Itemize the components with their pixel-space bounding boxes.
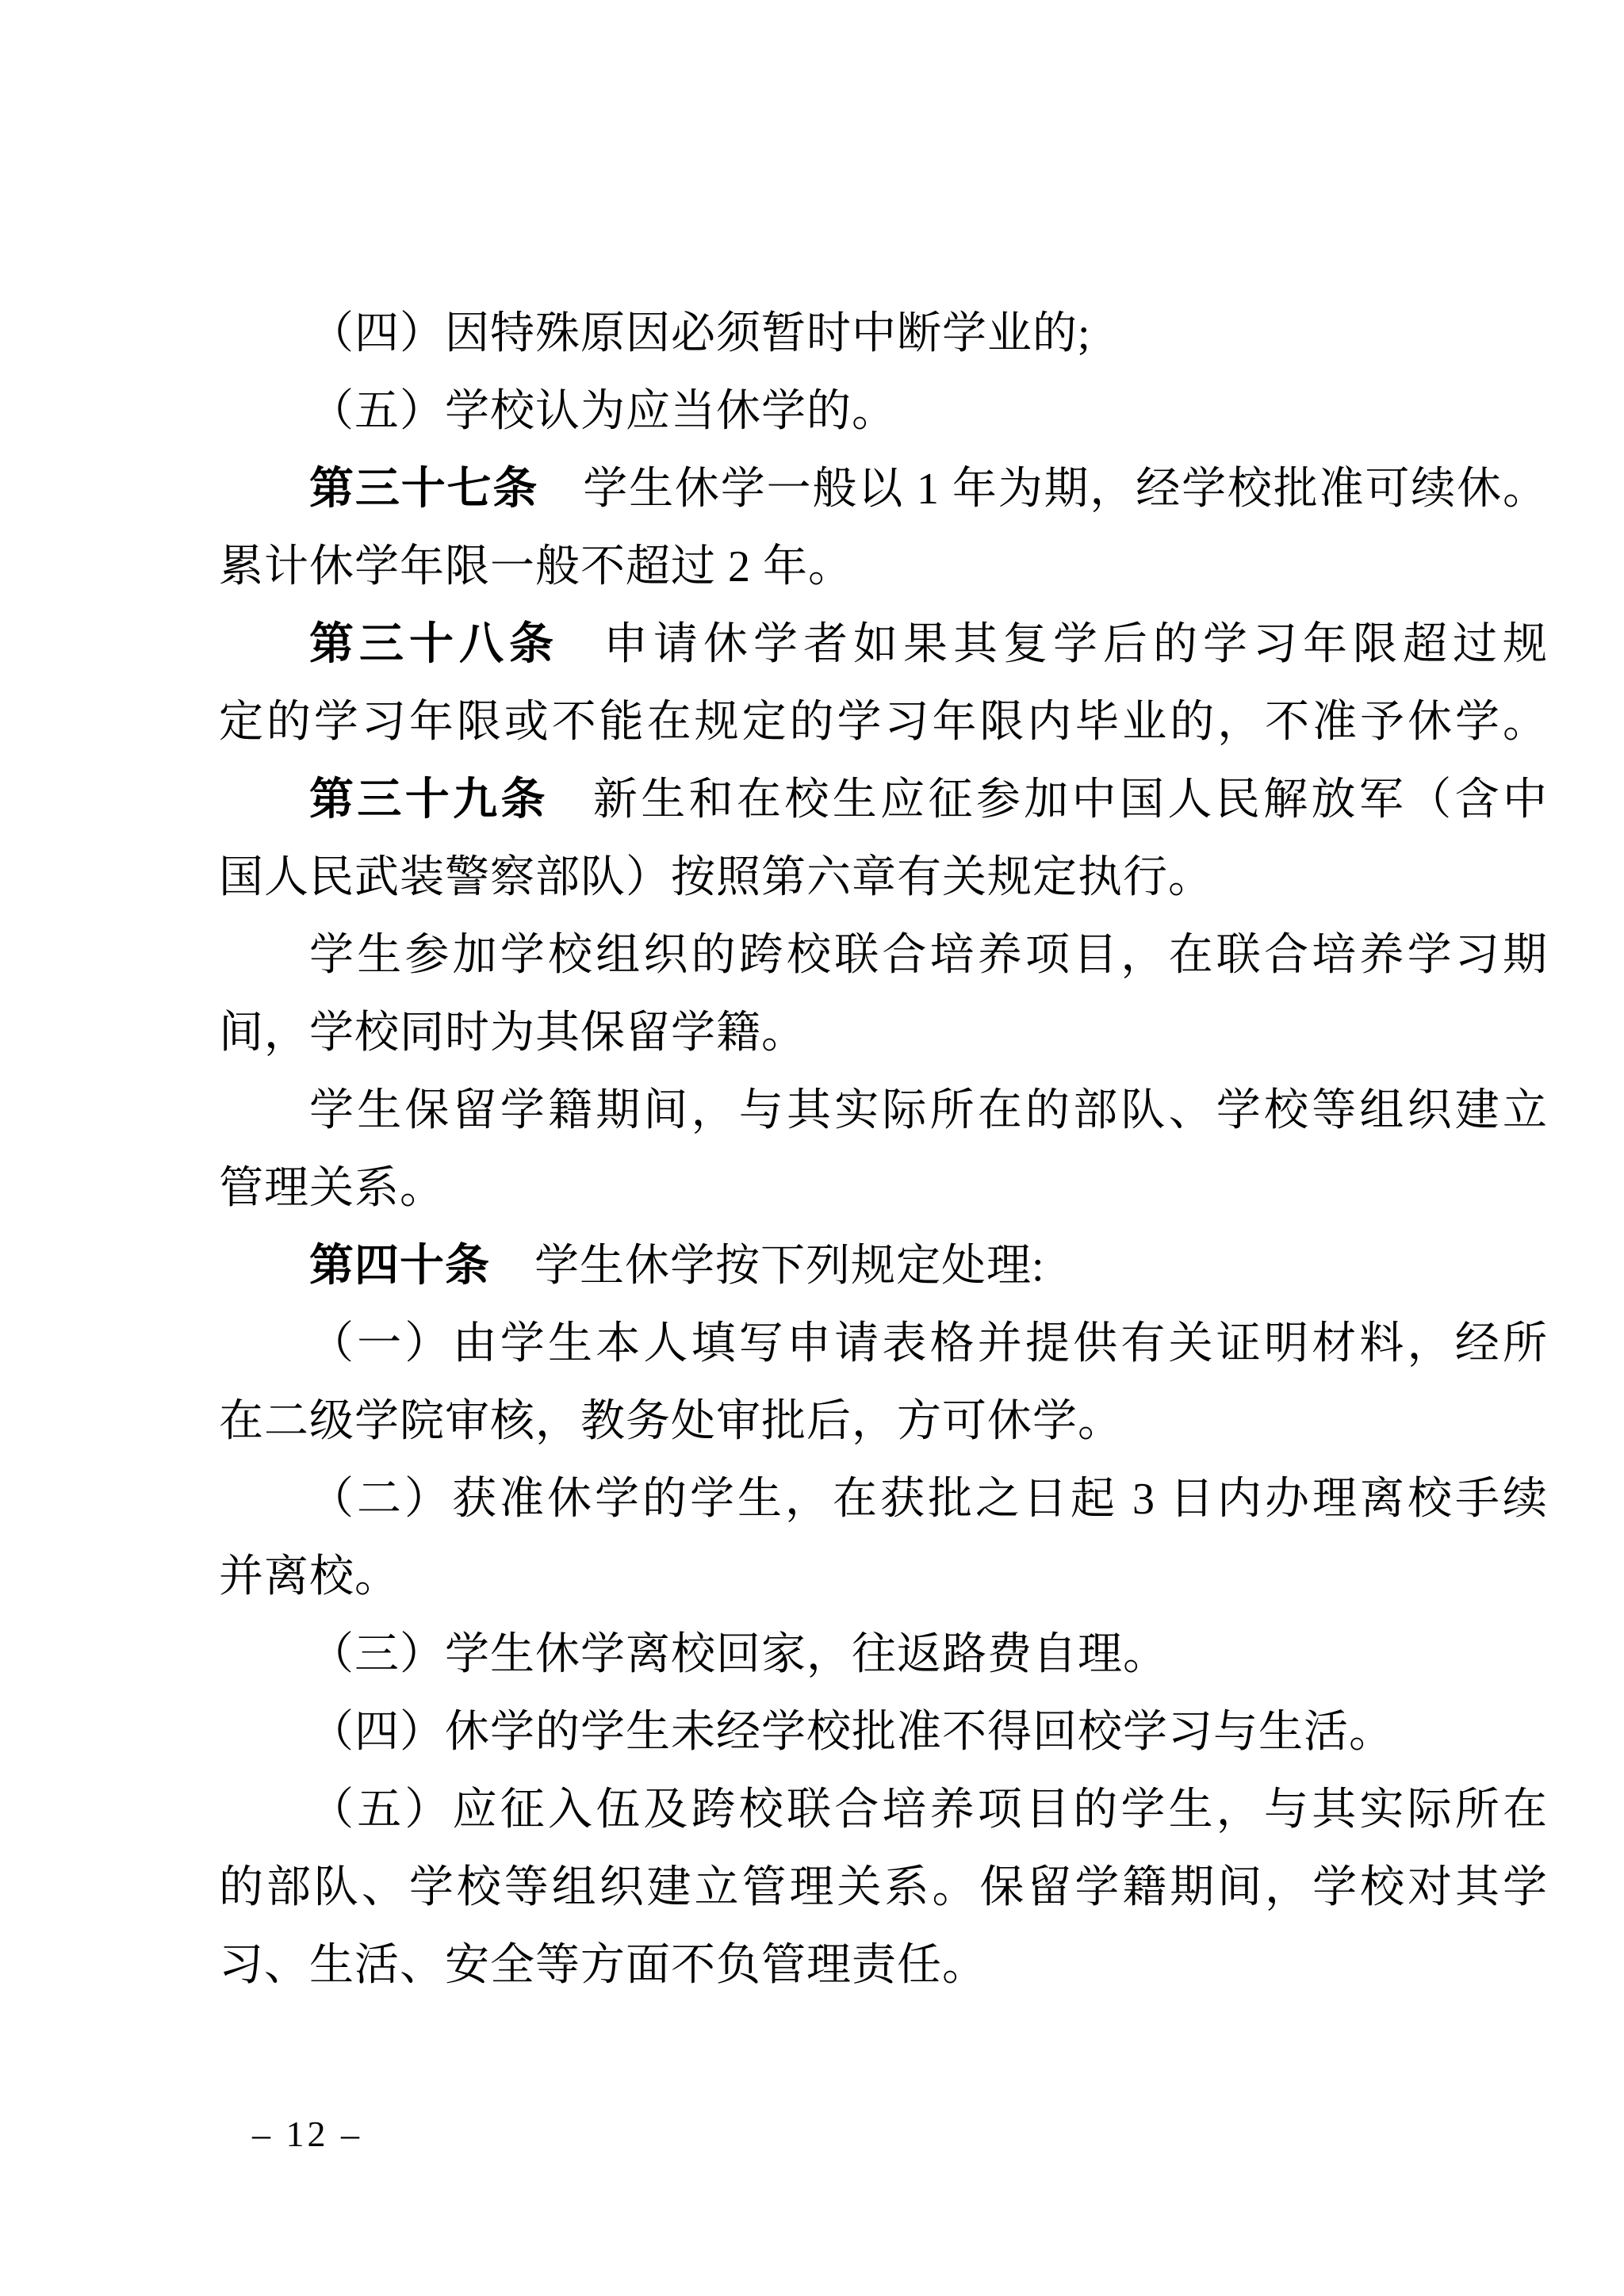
doc-line-13: 第四十条学生休学按下列规定处理: <box>219 1227 1548 1305</box>
doc-line-21: 的部队、学校等组织建立管理关系。保留学籍期间，学校对其学 <box>219 1849 1548 1927</box>
line-text: （五）应征入伍及跨校联合培养项目的学生，与其实际所在 <box>309 1785 1548 1835</box>
doc-line-22: 习、生活、安全等方面不负管理责任。 <box>219 1927 1548 2004</box>
doc-line-10: 间，学校同时为其保留学籍。 <box>219 994 1548 1072</box>
doc-line-16: （二）获准休学的学生，在获批之日起 3 日内办理离校手续 <box>219 1460 1548 1538</box>
doc-line-04: 累计休学年限一般不超过 2 年。 <box>219 528 1548 606</box>
line-text: 在二级学院审核，教务处审批后，方可休学。 <box>219 1397 1123 1446</box>
line-text: 间，学校同时为其保留学籍。 <box>219 1008 806 1058</box>
line-text: 的部队、学校等组织建立管理关系。保留学籍期间，学校对其学 <box>219 1863 1548 1912</box>
doc-line-05: 第三十八条申请休学者如果其复学后的学习年限超过规 <box>219 606 1548 683</box>
line-text: 学生休学一般以 1 年为期，经学校批准可续休。 <box>583 465 1548 514</box>
doc-line-17: 并离校。 <box>219 1538 1548 1616</box>
document-body: （四）因特殊原因必须暂时中断学业的; （五）学校认为应当休学的。 第三十七条学生… <box>219 295 1548 2004</box>
line-text: （一）由学生本人填写申请表格并提供有关证明材料，经所 <box>309 1319 1548 1368</box>
line-text: （三）学生休学离校回家，往返路费自理。 <box>309 1630 1168 1679</box>
doc-line-06: 定的学习年限或不能在规定的学习年限内毕业的，不准予休学。 <box>219 683 1548 761</box>
doc-line-18: （三）学生休学离校回家，往返路费自理。 <box>219 1616 1548 1693</box>
doc-line-14: （一）由学生本人填写申请表格并提供有关证明材料，经所 <box>219 1305 1548 1383</box>
article-number-37: 第三十七条 <box>309 465 538 514</box>
line-text: 累计休学年限一般不超过 2 年。 <box>219 542 853 591</box>
line-text: 国人民武装警察部队）按照第六章有关规定执行。 <box>219 853 1213 902</box>
doc-line-02: （五）学校认为应当休学的。 <box>219 373 1548 450</box>
doc-line-19: （四）休学的学生未经学校批准不得回校学习与生活。 <box>219 1693 1548 1771</box>
page-number: – 12 – <box>252 2110 362 2158</box>
doc-line-01: （四）因特殊原因必须暂时中断学业的; <box>219 295 1548 373</box>
doc-line-07: 第三十九条新生和在校生应征参加中国人民解放军（含中 <box>219 761 1548 839</box>
line-text: （四）因特殊原因必须暂时中断学业的; <box>309 309 1091 358</box>
article-number-39: 第三十九条 <box>309 775 549 825</box>
document-page: （四）因特殊原因必须暂时中断学业的; （五）学校认为应当休学的。 第三十七条学生… <box>0 0 1624 2296</box>
line-text: 新生和在校生应征参加中国人民解放军（含中 <box>593 775 1548 825</box>
line-text: 管理关系。 <box>219 1164 445 1213</box>
doc-line-15: 在二级学院审核，教务处审批后，方可休学。 <box>219 1383 1548 1460</box>
doc-line-11: 学生保留学籍期间，与其实际所在的部队、学校等组织建立 <box>219 1072 1548 1150</box>
page-number-label: – 12 – <box>252 2114 362 2154</box>
article-number-38: 第三十八条 <box>309 620 559 669</box>
article-number-40: 第四十条 <box>309 1242 490 1291</box>
line-text: （五）学校认为应当休学的。 <box>309 387 897 436</box>
doc-line-12: 管理关系。 <box>219 1150 1548 1227</box>
line-text: 申请休学者如果其复学后的学习年限超过规 <box>603 620 1548 669</box>
line-text: （四）休学的学生未经学校批准不得回校学习与生活。 <box>309 1708 1394 1757</box>
line-text: 定的学习年限或不能在规定的学习年限内毕业的，不准予休学。 <box>219 698 1548 747</box>
line-text: 习、生活、安全等方面不负管理责任。 <box>219 1941 987 1990</box>
line-text: 并离校。 <box>219 1552 400 1601</box>
doc-line-03: 第三十七条学生休学一般以 1 年为期，经学校批准可续休。 <box>219 450 1548 528</box>
doc-line-09: 学生参加学校组织的跨校联合培养项目，在联合培养学习期 <box>219 916 1548 994</box>
line-text: （二）获准休学的学生，在获批之日起 3 日内办理离校手续 <box>309 1475 1548 1524</box>
doc-line-08: 国人民武装警察部队）按照第六章有关规定执行。 <box>219 839 1548 916</box>
line-text: 学生休学按下列规定处理: <box>534 1242 1045 1291</box>
line-text: 学生参加学校组织的跨校联合培养项目，在联合培养学习期 <box>309 931 1548 980</box>
doc-line-20: （五）应征入伍及跨校联合培养项目的学生，与其实际所在 <box>219 1771 1548 1849</box>
line-text: 学生保留学籍期间，与其实际所在的部队、学校等组织建立 <box>309 1086 1548 1135</box>
